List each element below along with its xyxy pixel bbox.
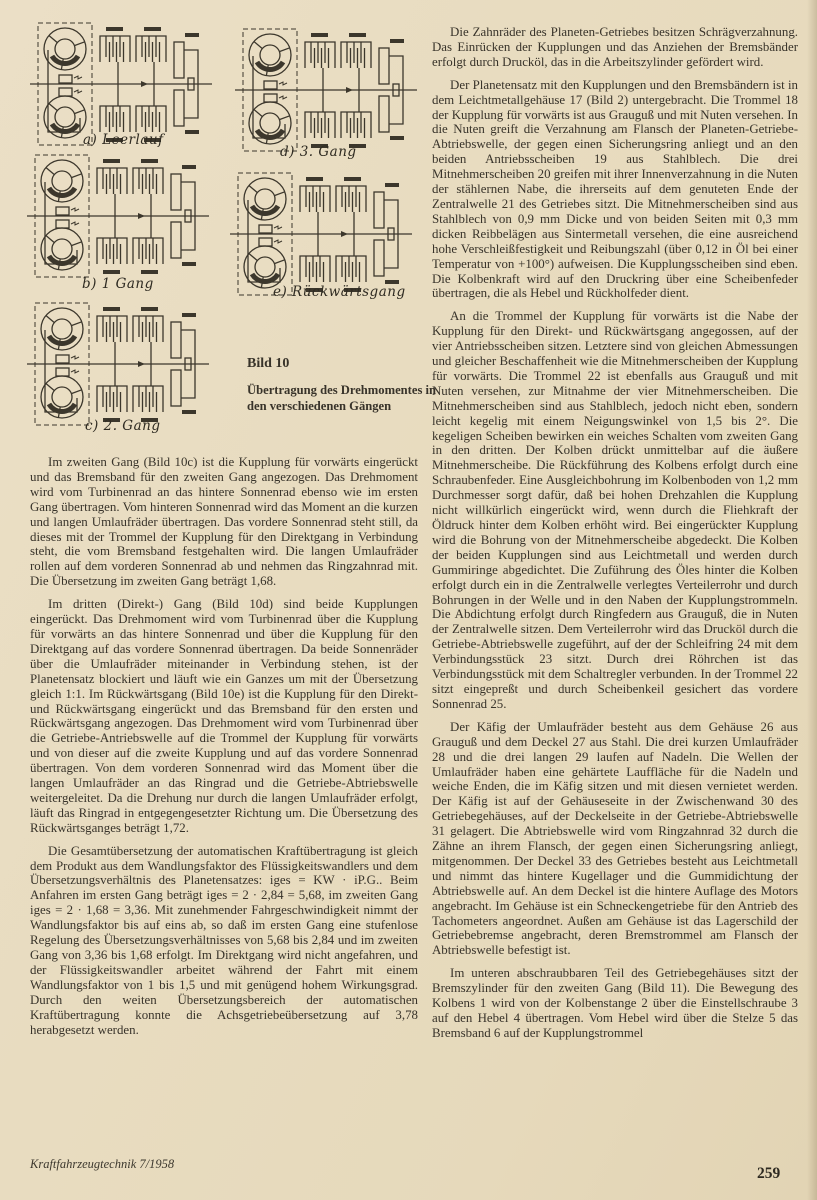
paragraph: Die Gesamtübersetzung der automatischen … (30, 844, 418, 1038)
diagram-label-e: e) Rückwärtsgang (273, 284, 406, 300)
paragraph: Der Planetensatz mit den Kupplungen und … (432, 78, 798, 302)
journal-footer: Kraftfahrzeugtechnik 7/1958 (30, 1157, 174, 1172)
paragraph: Im zweiten Gang (Bild 10c) ist die Kuppl… (30, 455, 418, 589)
gear-diagram-leerlauf (28, 20, 214, 148)
paragraph: Der Käfig der Umlaufräder besteht aus de… (432, 720, 798, 959)
paragraph: Die Zahnräder des Planeten-Getriebes bes… (432, 25, 798, 70)
page-number: 259 (757, 1165, 780, 1183)
gear-diagram-2-gang (25, 300, 211, 428)
paragraph: Im dritten (Direkt-) Gang (Bild 10d) sin… (30, 597, 418, 836)
paragraph: Im unteren abschraubbaren Teil des Getri… (432, 966, 798, 1041)
gear-diagram-rueckwaerts (228, 170, 414, 298)
diagram-label-b: b) 1 Gang (82, 276, 154, 292)
figure-caption: Bild 10 Übertragung des Drehmomentes in … (247, 356, 437, 414)
right-column: Die Zahnräder des Planeten-Getriebes bes… (432, 25, 798, 1049)
diagram-label-d: d) 3. Gang (280, 144, 357, 160)
gear-diagram-1-gang (25, 152, 211, 280)
gear-diagram-3-gang (233, 26, 419, 154)
figure-bild-10: a) Leerlauf d) 3. Gang b) 1 Gang e) Rück… (25, 18, 425, 456)
journal-page: a) Leerlauf d) 3. Gang b) 1 Gang e) Rück… (0, 0, 817, 1200)
diagram-label-a: a) Leerlauf (83, 132, 164, 148)
left-column: Im zweiten Gang (Bild 10c) ist die Kuppl… (30, 455, 418, 1045)
figure-caption-title: Bild 10 (247, 356, 437, 372)
figure-caption-text: Übertragung des Drehmomentes in den vers… (247, 382, 437, 414)
diagram-label-c: c) 2. Gang (85, 418, 160, 434)
paragraph: An die Trommel der Kupplung für vorwärts… (432, 309, 798, 711)
